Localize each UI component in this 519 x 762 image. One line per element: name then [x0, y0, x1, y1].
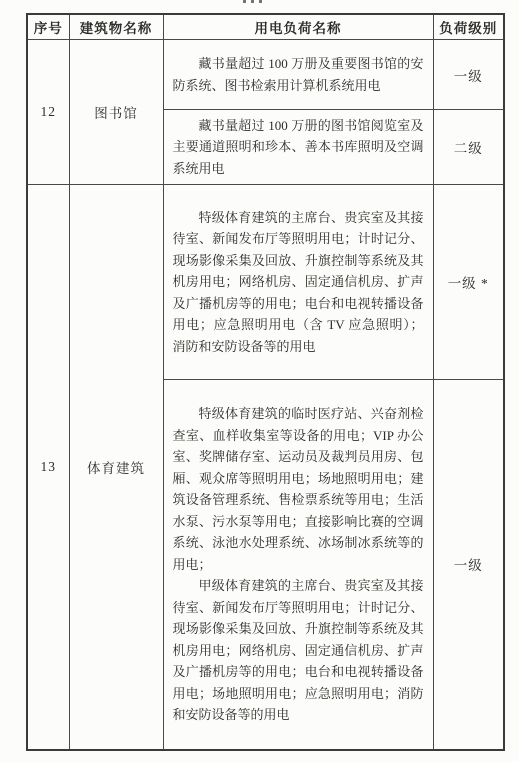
load-description-cell: 特级体育建筑的主席台、贵宾室及其接待室、新闻发布厅等照明用电；计时记分、现场影像…: [163, 185, 433, 380]
table-row: 13 体育建筑 特级体育建筑的主席台、贵宾室及其接待室、新闻发布厅等照明用电；计…: [27, 185, 504, 380]
load-description-cell: 藏书量超过 100 万册及重要图书馆的安防系统、图书检索用计算机系统用电: [163, 40, 433, 110]
seq-cell: 12: [27, 40, 69, 185]
page-header-fragment: [243, 0, 263, 3]
col-header-seq: 序号: [27, 14, 69, 40]
load-level-cell: 一级 *: [433, 185, 504, 380]
load-level-cell: 一级: [433, 40, 504, 110]
load-paragraph: 藏书量超过 100 万册及重要图书馆的安防系统、图书检索用计算机系统用电: [173, 53, 424, 96]
load-paragraph: 特级体育建筑的临时医疗站、兴奋剂检查室、血样收集室等设备的用电；VIP 办公室、…: [173, 403, 424, 575]
table-header-row: 序号 建筑物名称 用电负荷名称 负荷级别: [27, 14, 504, 40]
table-row: 12 图书馆 藏书量超过 100 万册及重要图书馆的安防系统、图书检索用计算机系…: [27, 40, 504, 110]
seq-cell: 13: [27, 185, 69, 750]
load-description-cell: 特级体育建筑的临时医疗站、兴奋剂检查室、血样收集室等设备的用电；VIP 办公室、…: [163, 380, 433, 750]
load-paragraph: 甲级体育建筑的主席台、贵宾室及其接待室、新闻发布厅等照明用电；计时记分、现场影像…: [173, 575, 424, 726]
col-header-level: 负荷级别: [433, 14, 504, 40]
document-page: 序号 建筑物名称 用电负荷名称 负荷级别 12 图书馆 藏书量超过 100 万册…: [0, 0, 519, 762]
load-level-cell: 二级: [433, 110, 504, 185]
building-name-cell: 体育建筑: [69, 185, 163, 750]
building-name-cell: 图书馆: [69, 40, 163, 185]
col-header-building: 建筑物名称: [69, 14, 163, 40]
load-description-cell: 藏书量超过 100 万册的图书馆阅览室及主要通道照明和珍本、善本书库照明及空调系…: [163, 110, 433, 185]
load-paragraph: 藏书量超过 100 万册的图书馆阅览室及主要通道照明和珍本、善本书库照明及空调系…: [173, 115, 424, 180]
col-header-load: 用电负荷名称: [163, 14, 433, 40]
load-paragraph: 特级体育建筑的主席台、贵宾室及其接待室、新闻发布厅等照明用电；计时记分、现场影像…: [173, 207, 424, 358]
electrical-load-table: 序号 建筑物名称 用电负荷名称 负荷级别 12 图书馆 藏书量超过 100 万册…: [26, 13, 505, 751]
load-level-cell: 一级: [433, 380, 504, 750]
